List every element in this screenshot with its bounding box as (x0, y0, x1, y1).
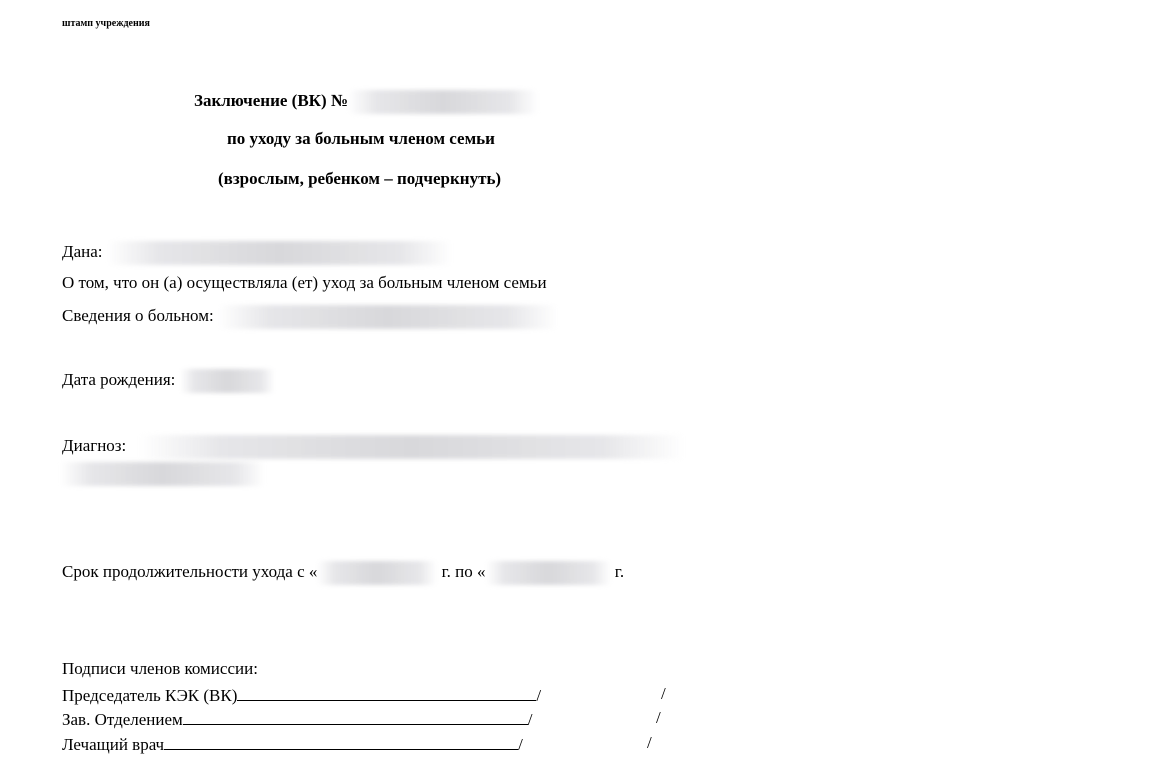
signature-slash: / (536, 686, 541, 705)
title-line-1: Заключение (ВК) № (194, 90, 538, 114)
care-period-row: Срок продолжительности ухода с « г. по «… (62, 561, 624, 585)
redacted-birth-date (180, 369, 275, 393)
redacted-diagnosis-line-2 (60, 462, 265, 486)
signature-row-head-of-department: Зав. Отделением/ (62, 708, 533, 730)
signature-row-attending-physician: Лечащий врач/ (62, 733, 523, 755)
signature-slash: / (518, 735, 523, 754)
issued-to-label: Дана: (62, 242, 103, 261)
signature-slash: / (528, 710, 533, 729)
diagnosis-row: Диагноз: (62, 435, 684, 459)
redacted-care-end-date (486, 561, 611, 585)
title-line-3: (взрослым, ребенком – подчеркнуть) (218, 169, 501, 189)
care-period-mid: г. по « (442, 562, 486, 581)
signatory-role: Председатель КЭК (ВК) (62, 686, 237, 705)
diagnosis-label: Диагноз: (62, 436, 126, 455)
redacted-patient-info (218, 305, 558, 329)
patient-info-label: Сведения о больном: (62, 306, 214, 325)
signature-line (164, 733, 518, 750)
care-period-suffix: г. (615, 562, 624, 581)
redacted-diagnosis-line-1 (139, 435, 684, 459)
signatures-heading: Подписи членов комиссии: (62, 659, 258, 679)
signature-line (183, 708, 528, 725)
signature-row-chairman: Председатель КЭК (ВК)/ (62, 684, 541, 706)
care-statement: О том, что он (а) осуществляла (ет) уход… (62, 273, 547, 293)
birth-date-label: Дата рождения: (62, 370, 175, 389)
institution-stamp: штамп учреждения (62, 18, 150, 29)
redacted-conclusion-number (348, 90, 538, 114)
signature-line (237, 684, 536, 701)
conclusion-title: Заключение (ВК) № (194, 91, 348, 110)
redacted-issued-to-name (107, 241, 452, 265)
birth-date-row: Дата рождения: (62, 369, 275, 393)
redacted-care-start-date (317, 561, 437, 585)
signature-slash-end: / (647, 733, 652, 753)
diagnosis-line-2 (60, 462, 265, 486)
signatory-role: Зав. Отделением (62, 710, 183, 729)
signature-slash-end: / (661, 684, 666, 704)
signatory-role: Лечащий врач (62, 735, 164, 754)
care-period-prefix: Срок продолжительности ухода с « (62, 562, 317, 581)
patient-info-row: Сведения о больном: (62, 305, 558, 329)
title-line-2: по уходу за больным членом семьи (227, 129, 495, 149)
issued-to-row: Дана: (62, 241, 452, 265)
signature-slash-end: / (656, 708, 661, 728)
